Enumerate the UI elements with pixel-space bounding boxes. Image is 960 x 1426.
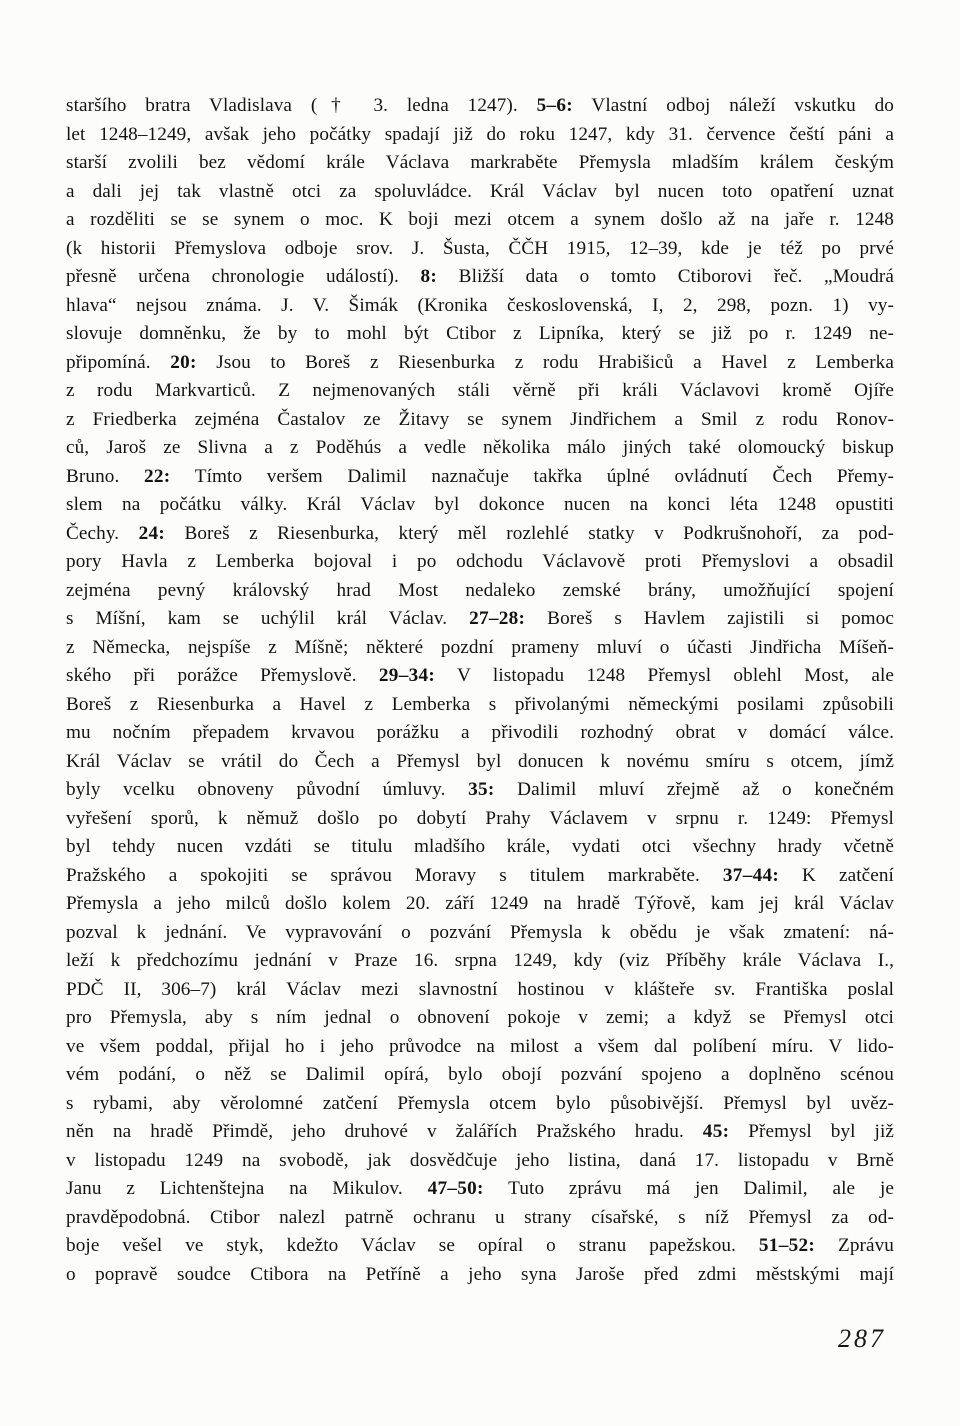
text-line: staršího bratra Vladislava († 3. ledna 1… — [66, 92, 894, 121]
text-segment: připomíná. — [66, 352, 170, 373]
text-segment: zejména pevný královský hrad Most nedale… — [66, 580, 894, 601]
text-line: ců, Jaroš ze Slivna a z Poděhús a vedle … — [66, 434, 894, 463]
text-line: a dali jej tak vlastně otci za spoluvlád… — [66, 178, 894, 207]
text-line: Přemysla a jeho milců došlo kolem 20. zá… — [66, 890, 894, 919]
text-segment: Pražského a spokojiti se správou Moravy … — [66, 865, 723, 886]
text-segment: Tímto veršem Dalimil naznačuje takřka úp… — [170, 466, 894, 487]
text-segment: Boreš z Riesenburka a Havel z Lemberka s… — [66, 694, 894, 715]
verse-number: 47–50: — [428, 1178, 484, 1199]
text-segment: přesně určena chronologie událostí). — [66, 266, 420, 287]
text-line: z Friedberka zejména Častalov ze Žitavy … — [66, 406, 894, 435]
text-segment: slovuje domněnku, že by to mohl být Ctib… — [66, 323, 894, 344]
text-segment: a rozděliti se se synem o moc. K boji me… — [66, 209, 894, 230]
text-segment: vém podání, o něž se Dalimil opírá, bylo… — [66, 1064, 894, 1085]
verse-number: 27–28: — [469, 608, 525, 629]
text-line: z rodu Markvarticů. Z nejmenovaných stál… — [66, 377, 894, 406]
text-line: pozval k jednání. Ve vypravování o pozvá… — [66, 919, 894, 948]
text-segment: z Friedberka zejména Častalov ze Žitavy … — [66, 409, 894, 430]
text-segment: Bruno. — [66, 466, 144, 487]
text-segment: v listopadu 1249 na svobodě, jak dosvědč… — [66, 1150, 894, 1171]
text-segment: mu nočním přepadem krvavou porážku a při… — [66, 722, 894, 743]
text-segment: pravděpodobná. Ctibor nalezl patrně ochr… — [66, 1207, 894, 1228]
text-line: Boreš z Riesenburka a Havel z Lemberka s… — [66, 691, 894, 720]
text-segment: byl tehdy nucen vzdáti se titulu mladšíh… — [66, 836, 894, 857]
text-segment: Jsou to Boreš z Riesenburka z rodu Hrabi… — [197, 352, 894, 373]
text-segment: s rybami, aby věrolomné zatčení Přemysla… — [66, 1093, 894, 1114]
text-segment: Janu z Lichtenštejna na Mikulov. — [66, 1178, 428, 1199]
text-line: a rozděliti se se synem o moc. K boji me… — [66, 206, 894, 235]
text-line: let 1248–1249, avšak jeho počátky spadaj… — [66, 121, 894, 150]
text-line: byl tehdy nucen vzdáti se titulu mladšíh… — [66, 833, 894, 862]
text-segment: let 1248–1249, avšak jeho počátky spadaj… — [66, 124, 894, 145]
text-line: PDČ II, 306–7) král Václav mezi slavnost… — [66, 976, 894, 1005]
book-page: staršího bratra Vladislava († 3. ledna 1… — [0, 0, 960, 1426]
text-segment: s Míšní, kam se uchýlil král Václav. — [66, 608, 469, 629]
text-line: slem na počátku války. Král Václav byl d… — [66, 491, 894, 520]
text-segment: Král Václav se vrátil do Čech a Přemysl … — [66, 751, 894, 772]
text-line: Král Václav se vrátil do Čech a Přemysl … — [66, 748, 894, 777]
text-line: v listopadu 1249 na svobodě, jak dosvědč… — [66, 1147, 894, 1176]
text-segment: o popravě soudce Ctibora na Petříně a je… — [66, 1264, 894, 1285]
text-segment: Tuto zprávu má jen Dalimil, ale je — [484, 1178, 894, 1199]
text-line: pro Přemysla, aby s ním jednal o obnoven… — [66, 1004, 894, 1033]
text-segment: ského při porážce Přemyslově. — [66, 665, 379, 686]
text-line: z Německa, nejspíše z Míšně; některé poz… — [66, 634, 894, 663]
text-line: s Míšní, kam se uchýlil král Václav. 27–… — [66, 605, 894, 634]
text-segment: vyřešení sporů, k němuž došlo po dobytí … — [66, 808, 894, 829]
text-segment: Vlastní odboj náleží vskutku do — [573, 95, 894, 116]
verse-number: 29–34: — [379, 665, 435, 686]
text-segment: byly vcelku obnoveny původní úmluvy. — [66, 779, 468, 800]
text-block: staršího bratra Vladislava († 3. ledna 1… — [66, 92, 894, 1289]
text-line: Janu z Lichtenštejna na Mikulov. 47–50: … — [66, 1175, 894, 1204]
text-line: ského při porážce Přemyslově. 29–34: V l… — [66, 662, 894, 691]
verse-number: 51–52: — [759, 1235, 815, 1256]
text-line: s rybami, aby věrolomné zatčení Přemysla… — [66, 1090, 894, 1119]
text-segment: Dalimil mluví zřejmě až o konečném — [495, 779, 894, 800]
text-segment: pory Havla z Lemberka bojoval i po odcho… — [66, 551, 894, 572]
text-segment: boje vešel ve styk, kdežto Václav se opí… — [66, 1235, 759, 1256]
text-segment: Zprávu — [815, 1235, 894, 1256]
text-line: slovuje domněnku, že by to mohl být Ctib… — [66, 320, 894, 349]
text-segment: ve všem poddal, přijal ho i jeho průvodc… — [66, 1036, 894, 1057]
text-segment: pozval k jednání. Ve vypravování o pozvá… — [66, 922, 894, 943]
text-line: připomíná. 20: Jsou to Boreš z Riesenbur… — [66, 349, 894, 378]
verse-number: 5–6: — [537, 95, 573, 116]
verse-number: 37–44: — [723, 865, 779, 886]
text-line: zejména pevný královský hrad Most nedale… — [66, 577, 894, 606]
verse-number: 35: — [468, 779, 494, 800]
verse-number: 22: — [144, 466, 170, 487]
text-line: mu nočním přepadem krvavou porážku a při… — [66, 719, 894, 748]
text-segment: z rodu Markvarticů. Z nejmenovaných stál… — [66, 380, 894, 401]
text-line: přesně určena chronologie událostí). 8: … — [66, 263, 894, 292]
text-segment: staršího bratra Vladislava († 3. ledna 1… — [66, 95, 537, 116]
text-segment: a dali jej tak vlastně otci za spoluvlád… — [66, 181, 894, 202]
text-line: něn na hradě Přimdě, jeho druhové v žalá… — [66, 1118, 894, 1147]
text-line: Čechy. 24: Boreš z Riesenburka, který mě… — [66, 520, 894, 549]
text-line: boje vešel ve styk, kdežto Václav se opí… — [66, 1232, 894, 1261]
text-segment: PDČ II, 306–7) král Václav mezi slavnost… — [66, 979, 894, 1000]
text-segment: Boreš s Havlem zajistili si pomoc — [525, 608, 894, 629]
text-line: Pražského a spokojiti se správou Moravy … — [66, 862, 894, 891]
text-segment: leží k předchozímu jednání v Praze 16. s… — [66, 950, 894, 971]
text-segment: K zatčení — [779, 865, 894, 886]
verse-number: 24: — [139, 523, 165, 544]
text-line: hlava“ nejsou známa. J. V. Šimák (Kronik… — [66, 292, 894, 321]
text-segment: ců, Jaroš ze Slivna a z Poděhús a vedle … — [66, 437, 894, 458]
text-segment: slem na počátku války. Král Václav byl d… — [66, 494, 894, 515]
text-line: pory Havla z Lemberka bojoval i po odcho… — [66, 548, 894, 577]
text-segment: (k historii Přemyslova odboje srov. J. Š… — [66, 238, 894, 259]
verse-number: 8: — [420, 266, 437, 287]
verse-number: 45: — [703, 1121, 729, 1142]
verse-number: 20: — [170, 352, 196, 373]
text-line: byly vcelku obnoveny původní úmluvy. 35:… — [66, 776, 894, 805]
text-segment: V listopadu 1248 Přemysl oblehl Most, al… — [435, 665, 894, 686]
text-line: pravděpodobná. Ctibor nalezl patrně ochr… — [66, 1204, 894, 1233]
text-line: leží k předchozímu jednání v Praze 16. s… — [66, 947, 894, 976]
text-segment: Bližší data o tomto Ctiborovi řeč. „Moud… — [437, 266, 894, 287]
text-line: vém podání, o něž se Dalimil opírá, bylo… — [66, 1061, 894, 1090]
text-segment: z Německa, nejspíše z Míšně; některé poz… — [66, 637, 894, 658]
text-line: vyřešení sporů, k němuž došlo po dobytí … — [66, 805, 894, 834]
text-line: (k historii Přemyslova odboje srov. J. Š… — [66, 235, 894, 264]
text-segment: pro Přemysla, aby s ním jednal o obnoven… — [66, 1007, 894, 1028]
text-line: Bruno. 22: Tímto veršem Dalimil naznačuj… — [66, 463, 894, 492]
text-segment: Přemysla a jeho milců došlo kolem 20. zá… — [66, 893, 894, 914]
text-segment: něn na hradě Přimdě, jeho druhové v žalá… — [66, 1121, 703, 1142]
text-segment: Boreš z Riesenburka, který měl rozlehlé … — [165, 523, 894, 544]
text-segment: Čechy. — [66, 523, 139, 544]
text-line: ve všem poddal, přijal ho i jeho průvodc… — [66, 1033, 894, 1062]
page-number: 287 — [838, 1324, 886, 1354]
text-segment: hlava“ nejsou známa. J. V. Šimák (Kronik… — [66, 295, 894, 316]
text-line: starší zvolili bez vědomí krále Václava … — [66, 149, 894, 178]
text-segment: starší zvolili bez vědomí krále Václava … — [66, 152, 894, 173]
text-segment: Přemysl byl již — [729, 1121, 894, 1142]
text-line: o popravě soudce Ctibora na Petříně a je… — [66, 1261, 894, 1290]
